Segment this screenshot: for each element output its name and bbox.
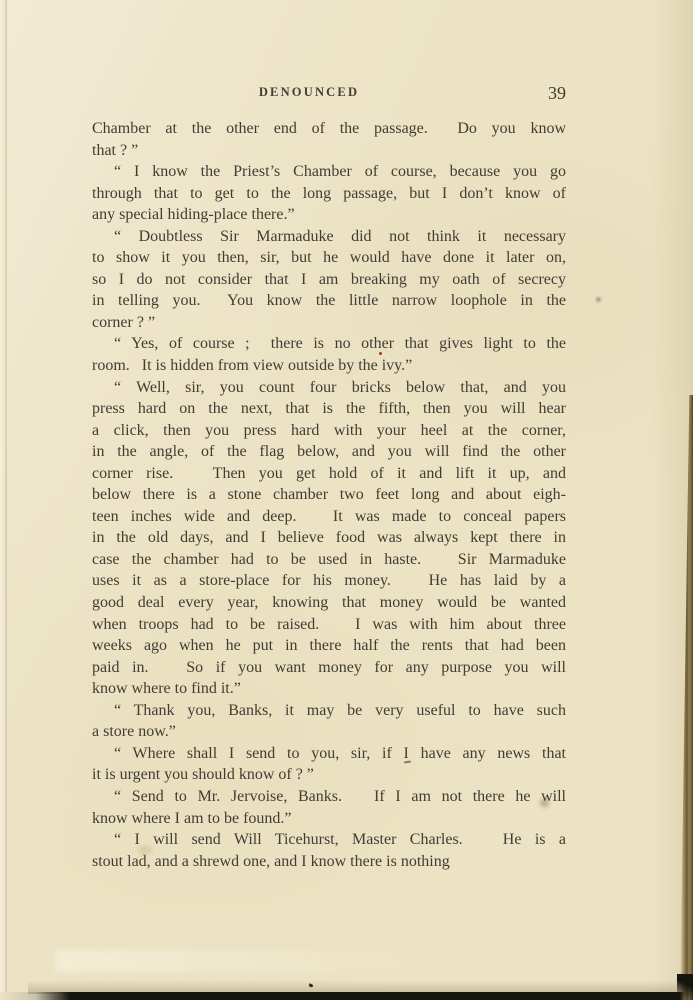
text-line: below there is a stone chamber two feet … <box>92 484 566 506</box>
text-line: room. It is hidden from view outside by … <box>92 355 566 377</box>
text-line: Chamber at the other end of the passage.… <box>92 118 566 140</box>
paragraph: “ Well, sir, you count four bricks below… <box>92 377 566 700</box>
text-line: corner ? ” <box>92 312 566 334</box>
text-line: case the chamber had to be used in haste… <box>92 549 566 571</box>
text-line: a store now.” <box>92 721 566 743</box>
paragraph: “ Where shall I send to you, sir, if I h… <box>92 743 566 786</box>
paragraph: “ I know the Priest’s Chamber of course,… <box>92 161 566 226</box>
text-line: “ Yes, of course ; there is no other tha… <box>92 333 566 355</box>
page-number: 39 <box>548 83 566 104</box>
right-page-stack-edge <box>680 395 693 1000</box>
text-line: “ Thank you, Banks, it may be very usefu… <box>92 700 566 722</box>
bottom-light-streak <box>55 950 445 972</box>
scan-bottom-edge <box>0 992 693 1000</box>
text-line: “ Well, sir, you count four bricks below… <box>92 377 566 399</box>
margin-speck <box>596 297 601 302</box>
text-line: “ Send to Mr. Jervoise, Banks. If I am n… <box>92 786 566 808</box>
text-line: know where to find it.” <box>92 678 566 700</box>
paragraph: “ I will send Will Ticehurst, Master Cha… <box>92 829 566 872</box>
text-line: stout lad, and a shrewd one, and I know … <box>92 851 566 873</box>
text-line: know where I am to be found.” <box>92 808 566 830</box>
text-line: in telling you. You know the little narr… <box>92 290 566 312</box>
paper-stain <box>138 845 152 855</box>
text-line: when troops had to be raised. I was with… <box>92 614 566 636</box>
text-block: Chamber at the other end of the passage.… <box>92 118 566 872</box>
bottom-right-corner-shadow <box>677 974 693 1000</box>
text-line: corner rise. Then you get hold of it and… <box>92 463 566 485</box>
text-line: through that to get to the long passage,… <box>92 183 566 205</box>
text-line: uses it as a store-place for his money. … <box>92 570 566 592</box>
book-page-scan: DENOUNCED 39 Chamber at the other end of… <box>0 0 693 1000</box>
text-line: “ Doubtless Sir Marmaduke did not think … <box>92 226 566 248</box>
text-line: good deal every year, knowing that money… <box>92 592 566 614</box>
text-line: so I do not consider that I am breaking … <box>92 269 566 291</box>
text-line: weeks ago when he put in there half the … <box>92 635 566 657</box>
running-header: DENOUNCED 39 <box>92 83 566 103</box>
red-ink-fleck <box>379 352 382 355</box>
paragraph: “ Thank you, Banks, it may be very usefu… <box>92 700 566 743</box>
paragraph: “ Send to Mr. Jervoise, Banks. If I am n… <box>92 786 566 829</box>
left-page-edge <box>0 0 7 992</box>
text-line: any special hiding-place there.” <box>92 204 566 226</box>
text-line: “ Where shall I send to you, sir, if I h… <box>92 743 566 765</box>
text-line: “ I will send Will Ticehurst, Master Cha… <box>92 829 566 851</box>
text-line: paid in. So if you want money for any pu… <box>92 657 566 679</box>
margin-smudge <box>540 799 549 807</box>
paragraph: Chamber at the other end of the passage.… <box>92 118 566 161</box>
text-line: “ I know the Priest’s Chamber of course,… <box>92 161 566 183</box>
paragraph: “ Doubtless Sir Marmaduke did not think … <box>92 226 566 334</box>
text-line: that ? ” <box>92 140 566 162</box>
text-line: a click, then you press hard with your h… <box>92 420 566 442</box>
text-line: in the angle, of the flag below, and you… <box>92 441 566 463</box>
text-line: to show it you then, sir, but he would h… <box>92 247 566 269</box>
text-line: in the old days, and I believe food was … <box>92 527 566 549</box>
text-line: it is urgent you should know of ? ” <box>92 764 566 786</box>
paragraph: “ Yes, of course ; there is no other tha… <box>92 333 566 376</box>
running-header-title: DENOUNCED <box>92 85 526 100</box>
text-line: press hard on the next, that is the fift… <box>92 398 566 420</box>
text-line: teen inches wide and deep. It was made t… <box>92 506 566 528</box>
